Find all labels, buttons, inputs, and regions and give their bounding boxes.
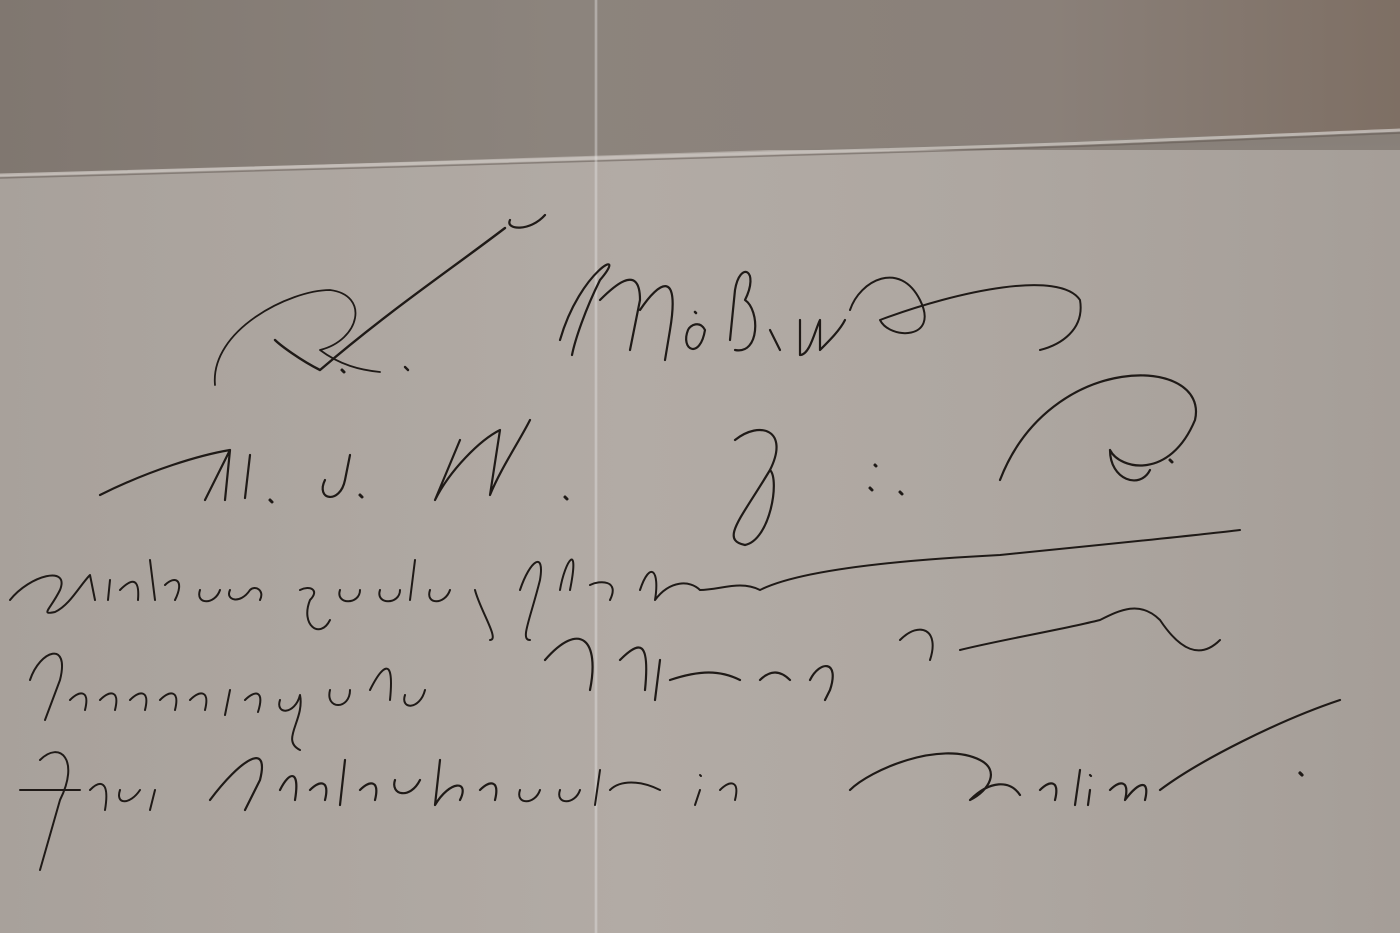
line-k-moebius	[215, 215, 1081, 385]
handwriting-ink	[0, 0, 1400, 933]
line-naturkunde	[20, 700, 1340, 870]
line-sammlung	[30, 608, 1220, 750]
letter-photo: K. Möbius M. d. N. G. i. D. Direktor der…	[0, 0, 1400, 933]
line-direktor	[10, 530, 1240, 640]
line-abbrev	[100, 375, 1196, 545]
